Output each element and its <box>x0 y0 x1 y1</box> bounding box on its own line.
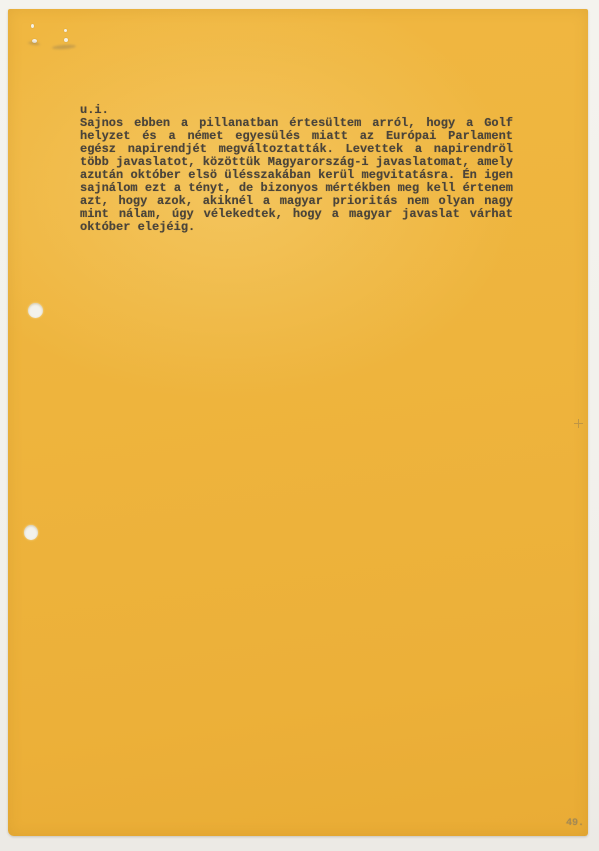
smudge-mark <box>28 41 40 46</box>
page-number: 49. <box>566 818 584 829</box>
scanned-page-background: u.i. Sajnos ebben a pillanatban értesült… <box>0 0 599 851</box>
smudge-mark <box>52 44 76 50</box>
staple-mark <box>31 24 34 28</box>
punch-hole-bottom <box>24 525 38 540</box>
staple-mark <box>64 38 68 42</box>
text-line: október elejéig. <box>80 221 513 234</box>
yellow-paper-sheet: u.i. Sajnos ebben a pillanatban értesült… <box>8 9 588 836</box>
punch-hole-top <box>28 303 43 318</box>
staple-mark <box>64 29 67 32</box>
pencil-cross-mark <box>574 419 583 428</box>
postscript-text: u.i. Sajnos ebben a pillanatban értesült… <box>80 104 513 234</box>
